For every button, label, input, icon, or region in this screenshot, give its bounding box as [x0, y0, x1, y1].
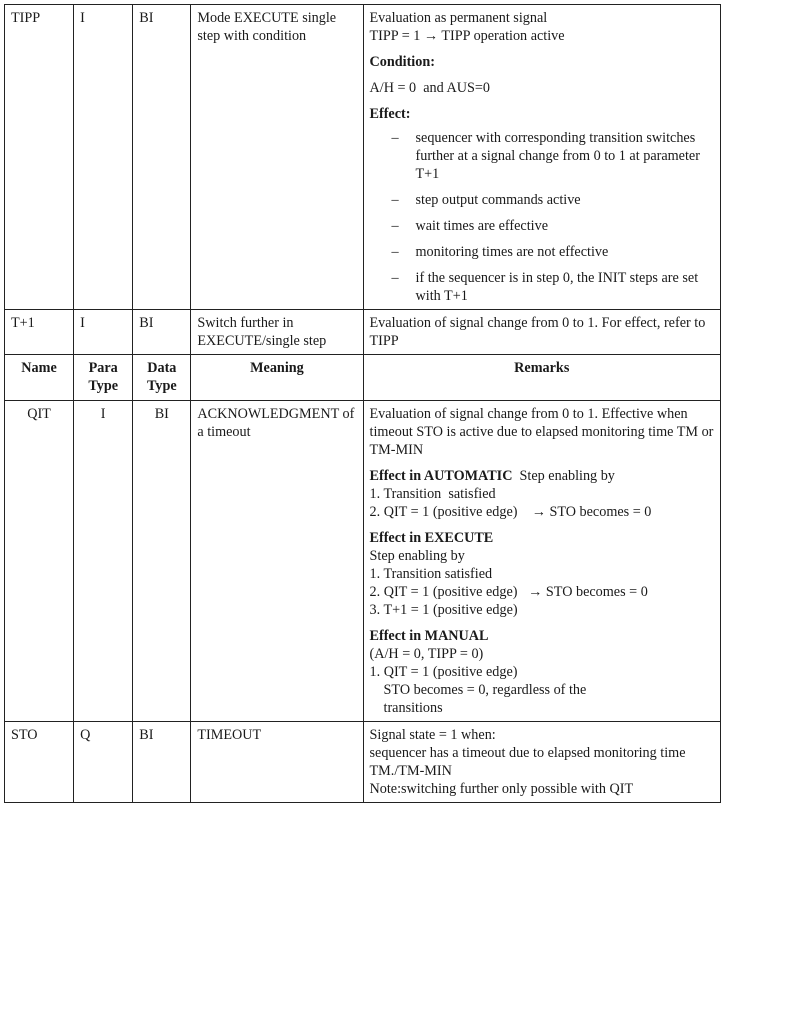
condition-label: Condition: — [370, 53, 714, 71]
param-meaning: TIMEOUT — [191, 722, 363, 803]
table-header-row: Name Para Type Data Type Meaning Remarks — [5, 355, 721, 401]
table-row: STO Q BI TIMEOUT Signal state = 1 when: … — [5, 722, 721, 803]
effect-automatic-suffix: Step enabling by — [512, 468, 614, 484]
remark-line: 1. Transition satisfied — [370, 565, 714, 583]
effect-label: Effect: — [370, 105, 714, 123]
remark-line: Note:switching further only possible wit… — [370, 780, 714, 798]
param-name: TIPP — [5, 5, 74, 310]
table-row: QIT I BI ACKNOWLEDGMENT of a timeout Eva… — [5, 401, 721, 722]
remark-line: Signal state = 1 when: — [370, 726, 714, 744]
param-remarks: Signal state = 1 when: sequencer has a t… — [363, 722, 720, 803]
remark-line: 1. QIT = 1 (positive edge) — [370, 663, 714, 681]
param-data-type: BI — [133, 5, 191, 310]
remark-line: 1. Transition satisfied — [370, 485, 714, 503]
remark-line: TIPP = 1 → TIPP operation active — [370, 27, 714, 45]
param-data-type: BI — [133, 722, 191, 803]
remark-line: Evaluation as permanent signal — [370, 9, 714, 27]
param-para-type: Q — [74, 722, 133, 803]
column-header-name: Name — [5, 355, 74, 401]
list-item: step output commands active — [392, 191, 714, 209]
remark-intro: Evaluation of signal change from 0 to 1.… — [370, 405, 714, 459]
remark-line: 3. T+1 = 1 (positive edge) — [370, 601, 714, 619]
remark-line: sequencer has a timeout due to elapsed m… — [370, 744, 714, 780]
effect-automatic-label: Effect in AUTOMATIC — [370, 468, 513, 484]
param-remarks: Evaluation as permanent signal TIPP = 1 … — [363, 5, 720, 310]
param-data-type: BI — [133, 310, 191, 355]
remark-line: (A/H = 0, TIPP = 0) — [370, 645, 714, 663]
param-meaning: ACKNOWLEDGMENT of a timeout — [191, 401, 363, 722]
param-name: STO — [5, 722, 74, 803]
param-remarks: Evaluation of signal change from 0 to 1.… — [363, 310, 720, 355]
effect-automatic: Effect in AUTOMATIC Step enabling by — [370, 467, 714, 485]
table-row: TIPP I BI Mode EXECUTE single step with … — [5, 5, 721, 310]
effect-list: sequencer with corresponding transition … — [370, 129, 714, 305]
column-header-data-type: Data Type — [133, 355, 191, 401]
list-item: if the sequencer is in step 0, the INIT … — [392, 269, 714, 305]
parameter-table: TIPP I BI Mode EXECUTE single step with … — [4, 4, 721, 803]
column-header-remarks: Remarks — [363, 355, 720, 401]
remark-line: STO becomes = 0, regardless of the trans… — [370, 681, 624, 717]
condition-text: A/H = 0 and AUS=0 — [370, 79, 714, 97]
remark-line: Step enabling by — [370, 547, 714, 565]
param-meaning: Mode EXECUTE single step with condition — [191, 5, 363, 310]
param-para-type: I — [74, 310, 133, 355]
table-row: T+1 I BI Switch further in EXECUTE/singl… — [5, 310, 721, 355]
list-item: monitoring times are not effective — [392, 243, 714, 261]
list-item: wait times are effective — [392, 217, 714, 235]
remark-line: 2. QIT = 1 (positive edge) → STO becomes… — [370, 583, 714, 601]
effect-manual-label: Effect in MANUAL — [370, 627, 714, 645]
list-item: sequencer with corresponding transition … — [392, 129, 714, 183]
param-para-type: I — [74, 5, 133, 310]
param-data-type: BI — [133, 401, 191, 722]
param-name: QIT — [5, 401, 74, 722]
column-header-meaning: Meaning — [191, 355, 363, 401]
remark-line: 2. QIT = 1 (positive edge) → STO becomes… — [370, 503, 714, 521]
param-remarks: Evaluation of signal change from 0 to 1.… — [363, 401, 720, 722]
param-meaning: Switch further in EXECUTE/single step — [191, 310, 363, 355]
column-header-para-type: Para Type — [74, 355, 133, 401]
param-name: T+1 — [5, 310, 74, 355]
param-para-type: I — [74, 401, 133, 722]
effect-execute-label: Effect in EXECUTE — [370, 529, 714, 547]
